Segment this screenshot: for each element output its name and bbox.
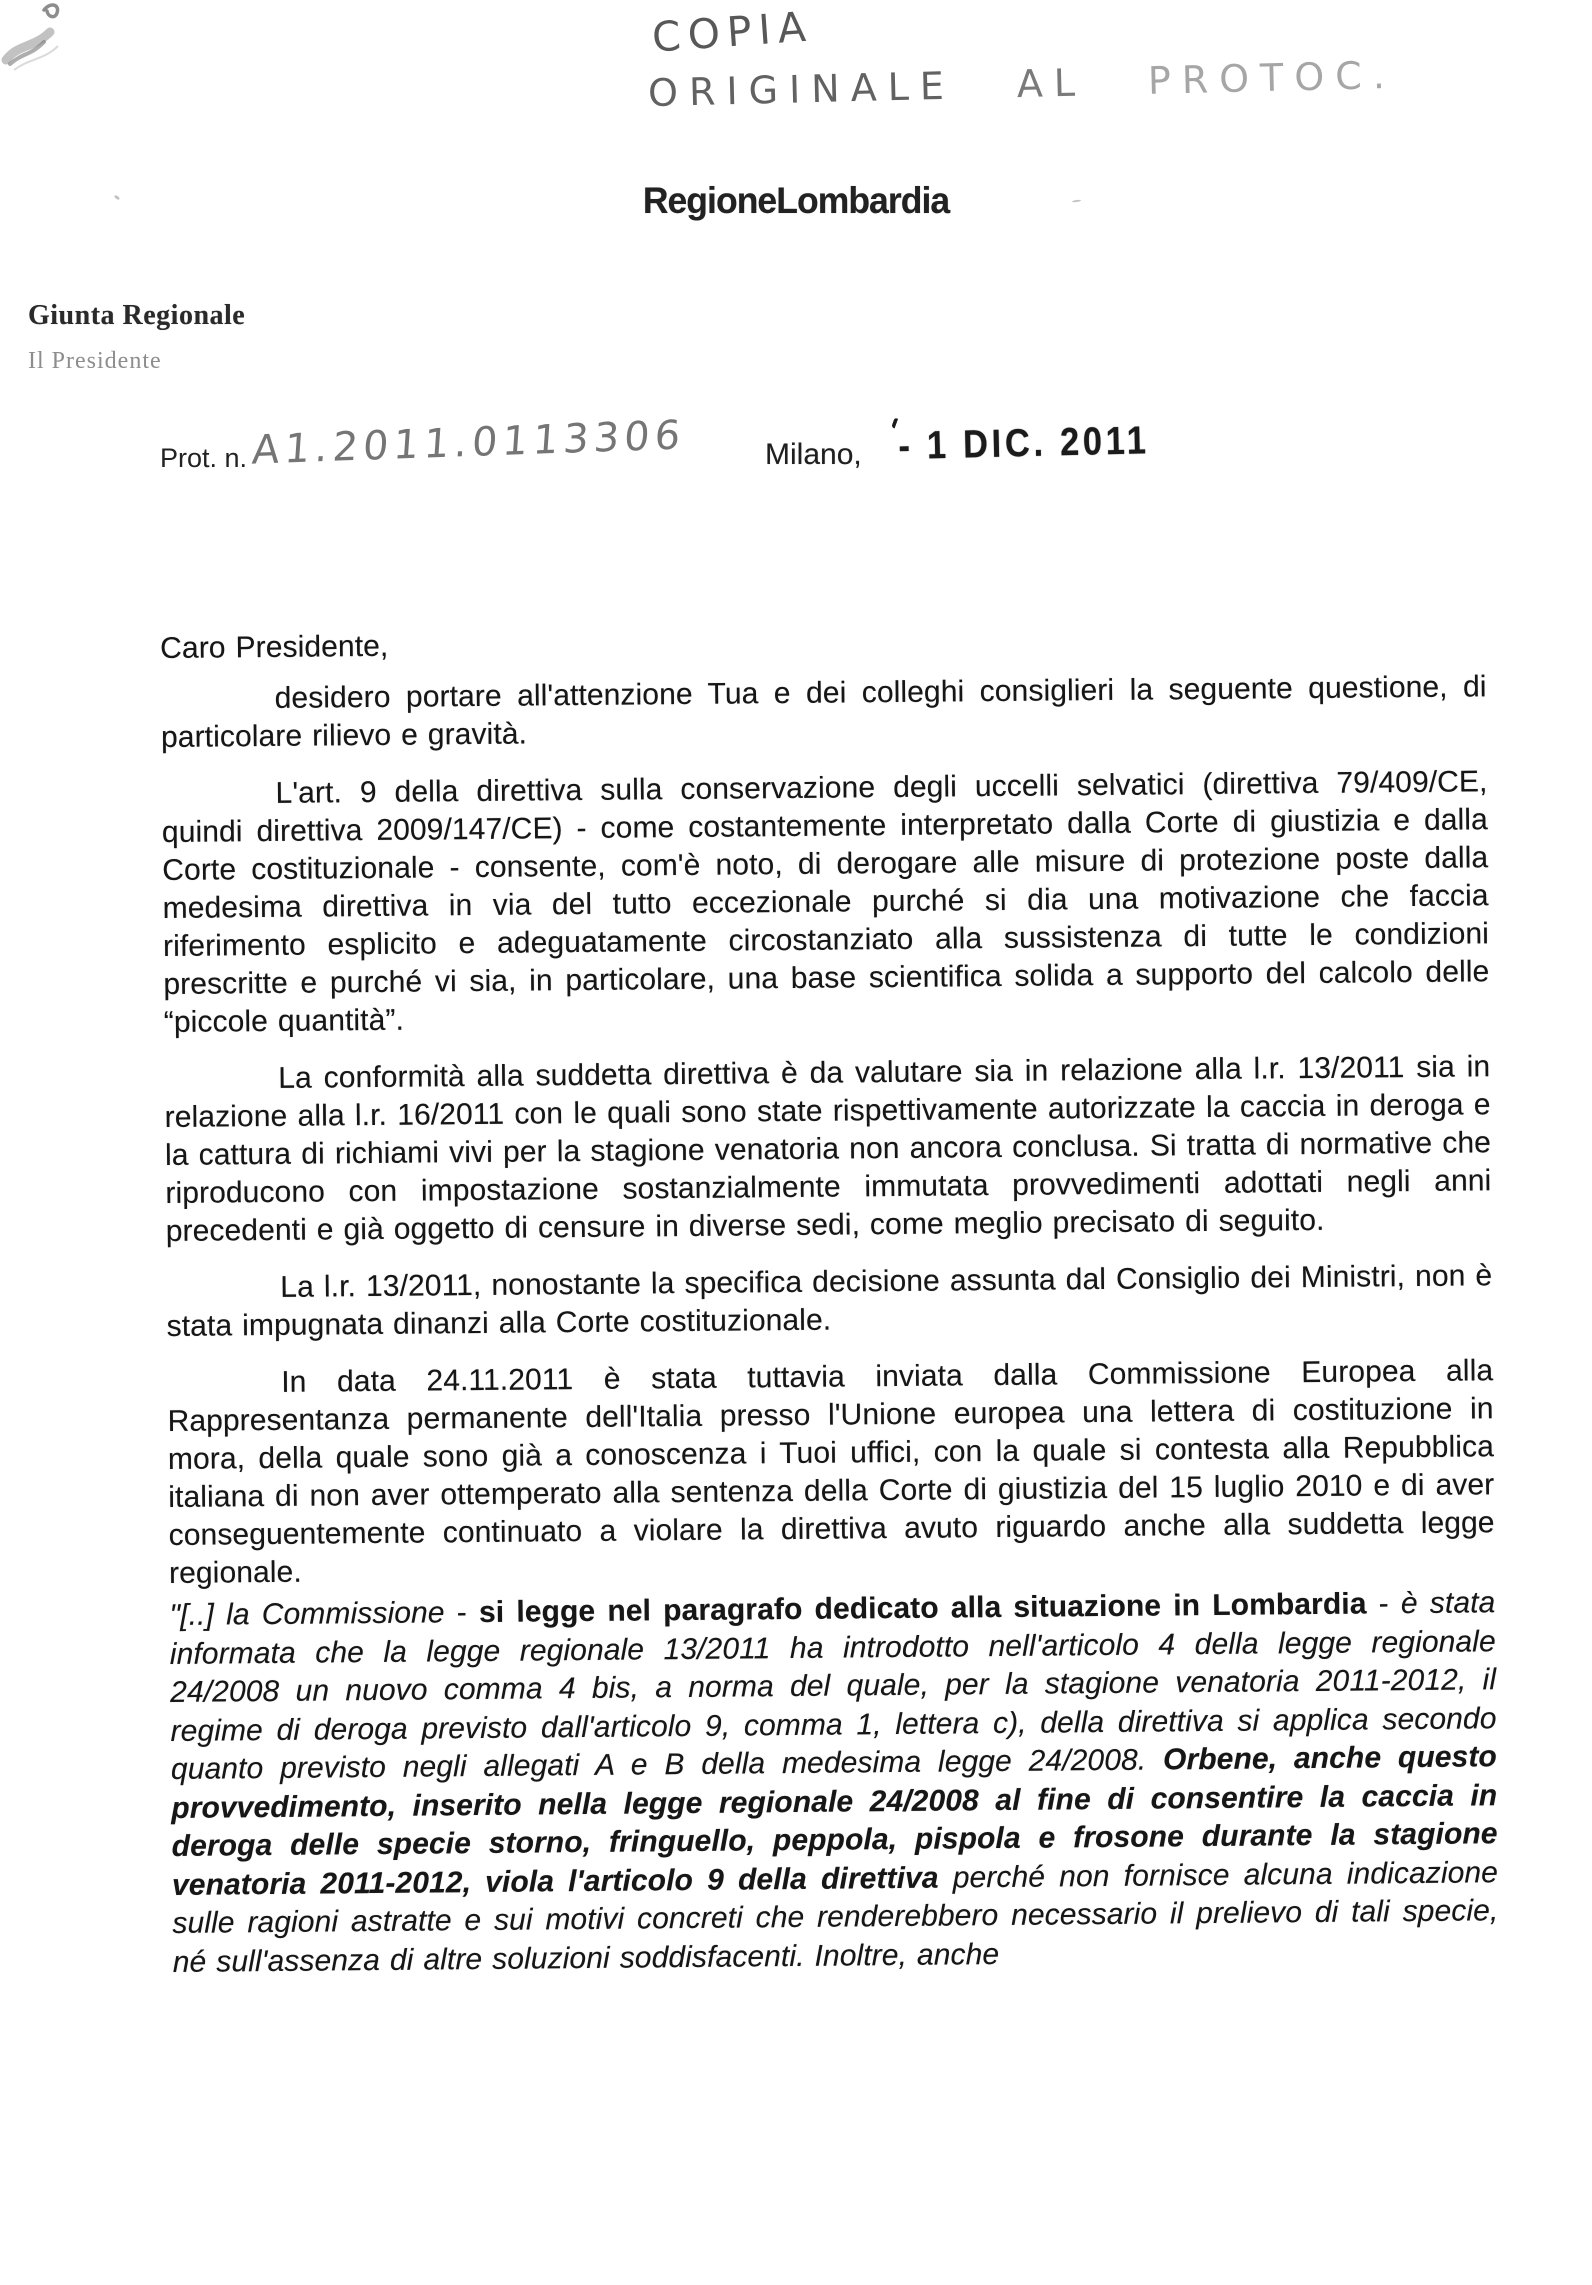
letter-paragraph: La l.r. 13/2011, nonostante la specifica… (166, 1257, 1493, 1346)
letter-paragraph: L'art. 9 della direttiva sulla conservaz… (161, 763, 1489, 1042)
city-label: Milano, (765, 438, 862, 472)
letter-paragraph: Caro Presidente, (160, 617, 1486, 668)
letter-body: Caro Presidente,desidero portare all'att… (160, 617, 1499, 2001)
il-presidente-label: Il Presidente (28, 348, 162, 375)
handwritten-word: PROTOC. (1147, 53, 1396, 103)
text-run: La l.r. 13/2011, nonostante la specifica… (167, 1259, 1493, 1343)
text-run: - (444, 1596, 479, 1629)
text-run: Caro Presidente, (160, 630, 389, 665)
text-run: La conformità alla suddetta direttiva è … (165, 1050, 1492, 1248)
handwritten-protocol-number: A1.2011.0113306 (251, 412, 687, 473)
regione-lombardia-logo: RegioneLombardia (32, 180, 1560, 222)
text-run: si legge nel paragrafo dedicato alla sit… (479, 1587, 1367, 1629)
protocol-number-label: Prot. n. (160, 443, 247, 474)
date-stamp: - 1 DIC. 2011 (898, 418, 1150, 468)
giunta-regionale-label: Giunta Regionale (28, 300, 245, 332)
text-run: In data 24.11.2011 è stata tuttavia invi… (167, 1354, 1494, 1590)
handwritten-copia: COPIA (651, 2, 815, 61)
text-run: - (1366, 1587, 1401, 1620)
letter-paragraph: In data 24.11.2011 è stata tuttavia invi… (167, 1352, 1495, 1593)
scan-smudge (0, 0, 130, 90)
letter-paragraph: desidero portare all'attenzione Tua e de… (160, 668, 1487, 757)
letter-paragraph: "[..] la Commissione - si legge nel para… (169, 1584, 1499, 1982)
handwritten-word: ORIGINALE (648, 64, 956, 115)
scanned-letter-page: COPIA ORIGINALEALPROTOC. RegioneLombardi… (0, 0, 1592, 2285)
text-run: L'art. 9 della direttiva sulla conservaz… (162, 765, 1490, 1039)
text-run: "[..] (169, 1598, 226, 1632)
text-run: la Commissione (226, 1596, 445, 1631)
date-stamp-text: - 1 DIC. 2011 (898, 418, 1150, 467)
text-run: desidero portare all'attenzione Tua e de… (161, 670, 1487, 754)
annotation-originale: ORIGINALEALPROTOC. (648, 53, 1397, 115)
letter-paragraph: La conformità alla suddetta direttiva è … (164, 1048, 1492, 1251)
handwritten-word: AL (1016, 60, 1086, 106)
